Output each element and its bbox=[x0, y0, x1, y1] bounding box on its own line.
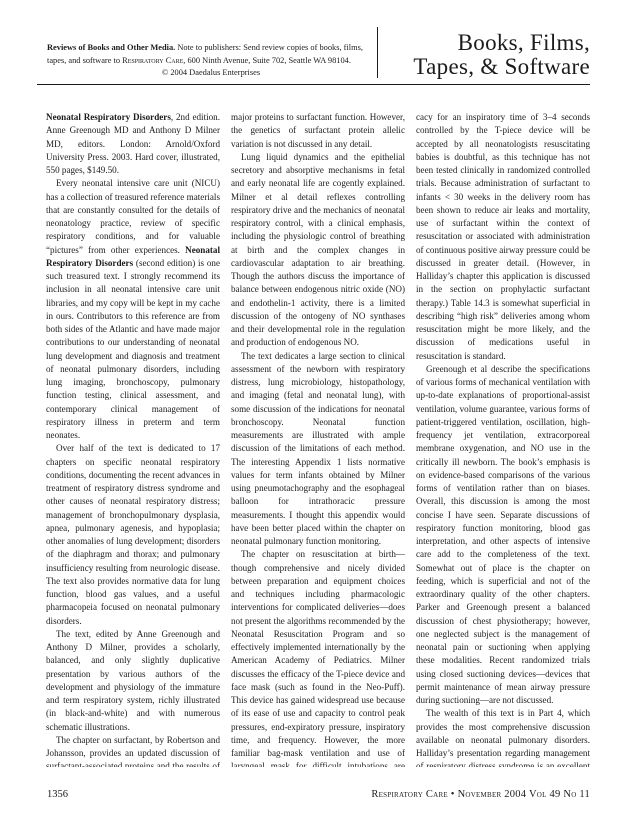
page-footer: 1356 Respiratory Care • November 2004 Vo… bbox=[47, 789, 590, 800]
paragraph: The text, edited by Anne Greenough and A… bbox=[46, 628, 220, 734]
masthead: Reviews of Books and Other Media. Note t… bbox=[0, 0, 620, 88]
header-rule bbox=[37, 84, 590, 85]
page-number: 1356 bbox=[47, 789, 68, 800]
paragraph: Lung liquid dynamics and the epithelial … bbox=[231, 151, 405, 350]
text-run: Every neonatal intensive care unit (NICU… bbox=[46, 178, 220, 254]
copyright-line: © 2004 Daedalus Enterprises bbox=[47, 67, 375, 80]
journal-footer-line: Respiratory Care • November 2004 Vol 49 … bbox=[371, 789, 590, 800]
paragraph: major proteins to surfactant function. H… bbox=[231, 111, 405, 151]
paragraph: The chapter on surfactant, by Robertson … bbox=[46, 734, 220, 767]
bold-text-run: Neonatal Respiratory Disorders bbox=[46, 112, 171, 122]
smallcaps-text-run: Respiratory Care bbox=[122, 56, 183, 65]
paragraph: The wealth of this text is in Part 4, wh… bbox=[416, 707, 590, 767]
bold-text-run: Reviews of Books and Other Media. bbox=[47, 43, 175, 52]
text-run: Over half of the text is dedicated to 17… bbox=[46, 443, 220, 625]
paragraph: Every neonatal intensive care unit (NICU… bbox=[46, 177, 220, 442]
header-divider bbox=[377, 27, 378, 78]
text-run: , 600 Ninth Avenue, Suite 702, Seattle W… bbox=[183, 56, 351, 65]
text-run: The wealth of this text is in Part 4, wh… bbox=[416, 708, 590, 767]
publisher-note-text: Reviews of Books and Other Media. Note t… bbox=[47, 42, 375, 67]
text-column-3: cacy for an inspiratory time of 3–4 seco… bbox=[416, 111, 590, 767]
article-body: Neonatal Respiratory Disorders, 2nd edit… bbox=[46, 111, 590, 767]
section-title-line2: Tapes, & Software bbox=[413, 55, 590, 79]
section-title: Books, Films, Tapes, & Software bbox=[413, 31, 590, 78]
paragraph: The chapter on resuscitation at birth—th… bbox=[231, 548, 405, 767]
paragraph: Over half of the text is dedicated to 17… bbox=[46, 442, 220, 628]
text-run: The text, edited by Anne Greenough and A… bbox=[46, 629, 220, 732]
text-run: The text dedicates a large section to cl… bbox=[231, 351, 405, 547]
paragraph: Neonatal Respiratory Disorders, 2nd edit… bbox=[46, 111, 220, 177]
text-run: Lung liquid dynamics and the epithelial … bbox=[231, 152, 405, 348]
section-title-line1: Books, Films, bbox=[413, 31, 590, 55]
text-run: cacy for an inspiratory time of 3–4 seco… bbox=[416, 112, 590, 361]
paragraph: cacy for an inspiratory time of 3–4 seco… bbox=[416, 111, 590, 363]
paragraph: The text dedicates a large section to cl… bbox=[231, 350, 405, 549]
text-run: The chapter on resuscitation at birth—th… bbox=[231, 549, 405, 767]
text-run: (second edition) is one such treasured t… bbox=[46, 258, 220, 440]
text-run: major proteins to surfactant function. H… bbox=[231, 112, 405, 149]
text-column-1: Neonatal Respiratory Disorders, 2nd edit… bbox=[46, 111, 220, 767]
text-column-2: major proteins to surfactant function. H… bbox=[231, 111, 405, 767]
text-run: The chapter on surfactant, by Robertson … bbox=[46, 735, 220, 767]
paragraph: Greenough et al describe the specificati… bbox=[416, 363, 590, 708]
publisher-note: Reviews of Books and Other Media. Note t… bbox=[47, 42, 375, 80]
journal-page: Reviews of Books and Other Media. Note t… bbox=[0, 0, 620, 830]
text-run: Greenough et al describe the specificati… bbox=[416, 364, 590, 705]
